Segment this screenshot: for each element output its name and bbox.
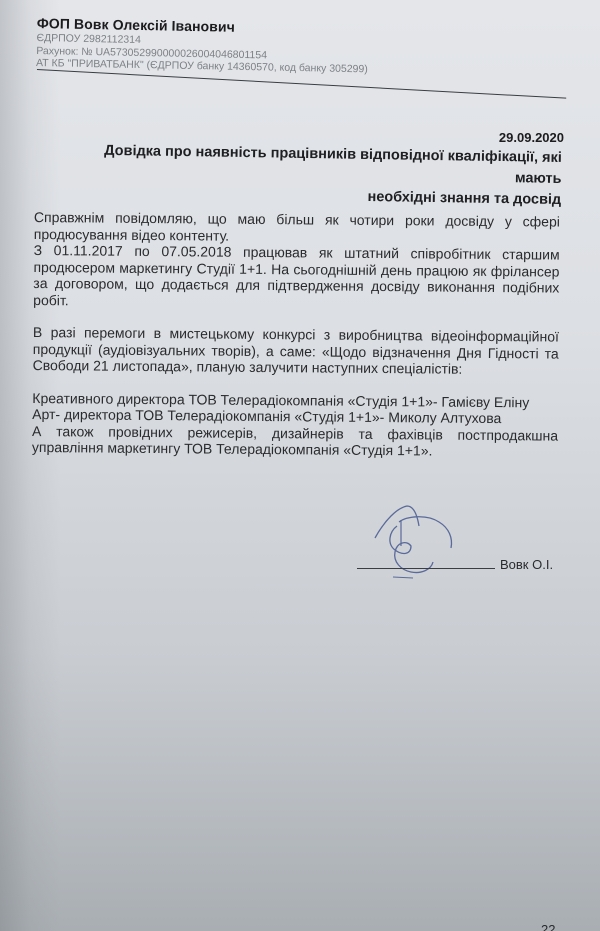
document-title: Довідка про наявність працівників відпов… — [61, 140, 562, 211]
document-page: ФОП Вовк Олексій Іванович ЄДРПОУ 2982112… — [0, 0, 600, 931]
paragraph-specialists: Креативного директора ТОВ Телерадіокомпа… — [32, 389, 559, 460]
page-edge-shadow — [0, 0, 60, 931]
paragraph-experience: Справжнім повідомляю, що маю більш як чо… — [33, 209, 560, 313]
document-date: 29.09.2020 — [499, 130, 564, 145]
signature-block: Вовк О.І. — [355, 500, 585, 580]
document-body: Справжнім повідомляю, що маю більш як чо… — [32, 209, 560, 460]
page-number: 22 — [541, 922, 555, 931]
paragraph-contest: В разі перемоги в мистецькому конкурсі з… — [33, 324, 559, 378]
signature-line — [357, 568, 495, 569]
letterhead: ФОП Вовк Олексій Іванович ЄДРПОУ 2982112… — [36, 14, 369, 76]
signatory-name: Вовк О.І. — [500, 557, 553, 572]
